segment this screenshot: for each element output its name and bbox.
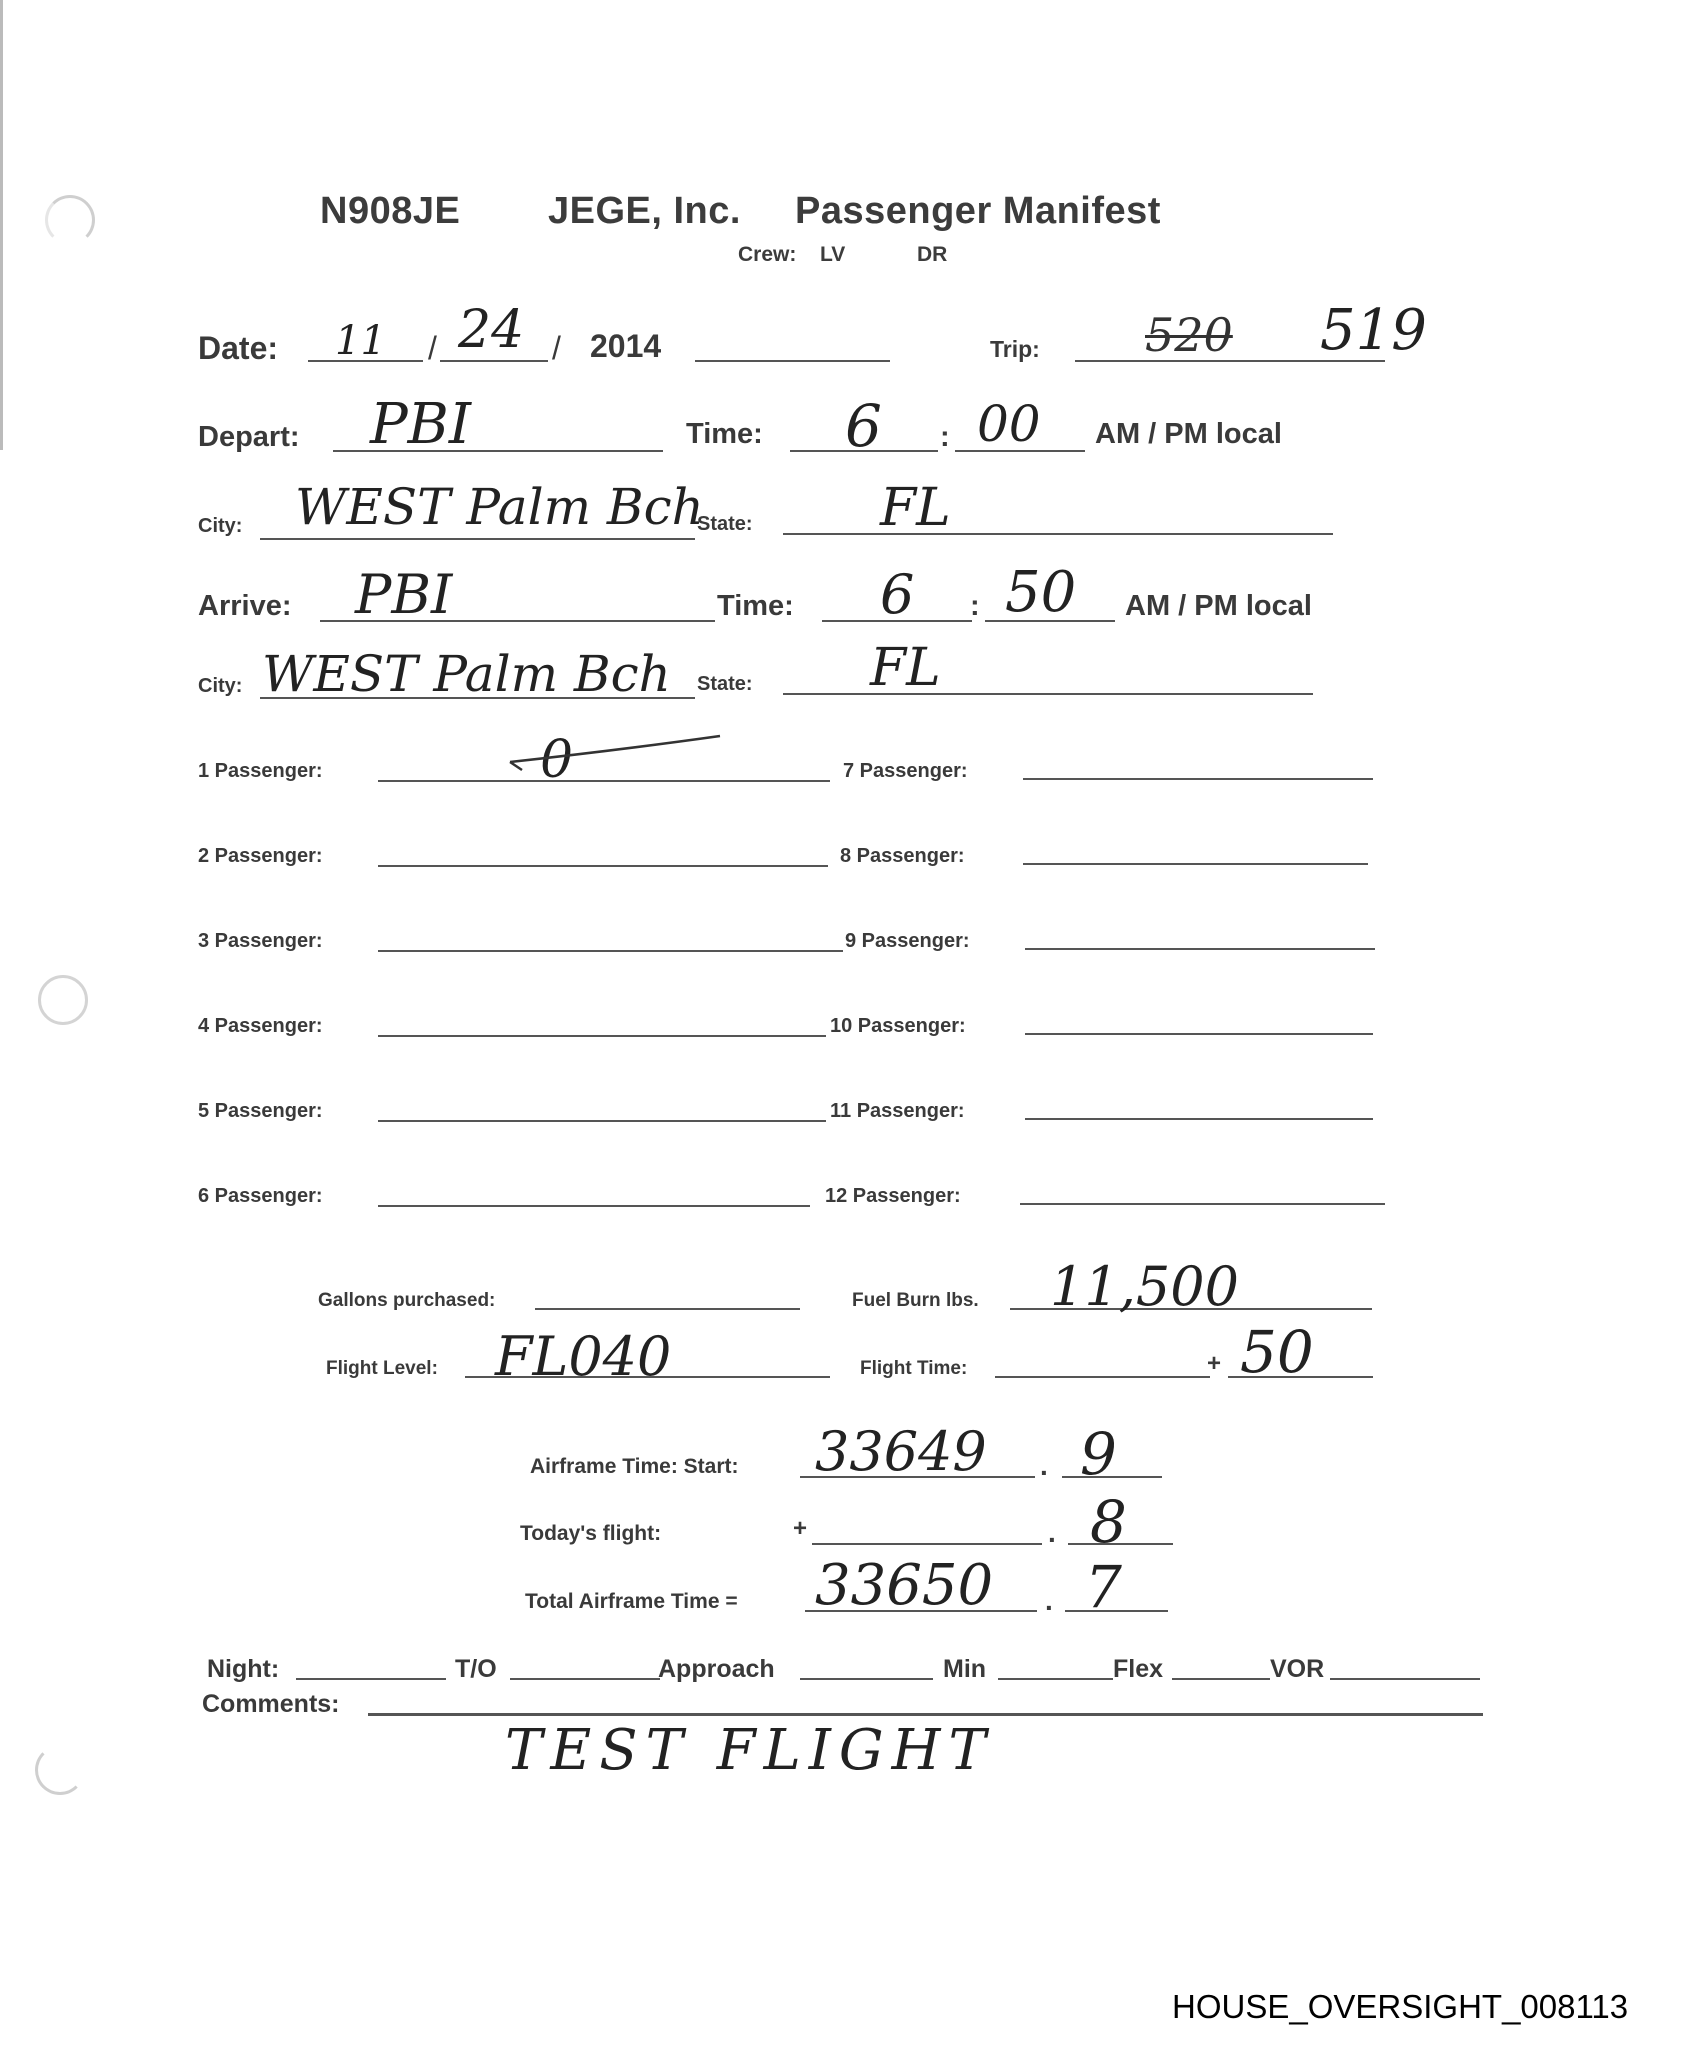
passenger-line <box>378 950 843 952</box>
todays-flight-tenths-field[interactable]: 8 <box>1090 1488 1127 1556</box>
depart-airport-field[interactable]: PBI <box>370 392 471 457</box>
todays-flight-whole-line <box>812 1543 1042 1545</box>
passenger-line <box>1025 948 1375 950</box>
takeoff-line[interactable] <box>510 1678 660 1680</box>
arrive-airport-field[interactable]: PBI <box>355 563 452 626</box>
airframe-start-label: Airframe Time: Start: <box>530 1455 739 1479</box>
arrive-time-colon: : <box>970 590 980 623</box>
passenger-line <box>378 1035 826 1037</box>
date-month-field[interactable]: 11 <box>335 318 386 364</box>
depart-hour-field[interactable]: 6 <box>845 392 882 460</box>
depart-label: Depart: <box>198 421 300 454</box>
total-airframe-label: Total Airframe Time = <box>525 1590 738 1614</box>
passenger-line <box>378 865 828 867</box>
fuel-burn-field[interactable]: 11,500 <box>1050 1255 1239 1318</box>
tail-number: N908JE <box>320 190 460 233</box>
flex-line[interactable] <box>1172 1678 1270 1680</box>
flight-time-plus: + <box>1207 1350 1221 1378</box>
depart-state-label: State: <box>697 513 753 536</box>
arrive-label: Arrive: <box>198 590 292 623</box>
passenger-label: 9 Passenger: <box>845 930 970 953</box>
comments-line <box>368 1713 1483 1716</box>
todays-flight-label: Today's flight: <box>520 1522 661 1546</box>
passenger-label: 1 Passenger: <box>198 760 323 783</box>
date-year: 2014 <box>590 328 661 365</box>
slash-mark-icon <box>500 730 730 780</box>
total-airframe-dot: . <box>1045 1585 1053 1617</box>
passenger-label: 5 Passenger: <box>198 1100 323 1123</box>
bates-number: HOUSE_OVERSIGHT_008113 <box>1172 1988 1628 2026</box>
arrive-state-field[interactable]: FL <box>870 638 941 698</box>
passenger-label: 7 Passenger: <box>843 760 968 783</box>
page-left-edge <box>0 0 3 450</box>
flight-level-field[interactable]: FL040 <box>495 1325 671 1388</box>
passenger-line <box>1020 1203 1385 1205</box>
gallons-purchased-label: Gallons purchased: <box>318 1290 495 1312</box>
hole-punch-middle-icon <box>38 975 88 1025</box>
depart-ampm-label: AM / PM local <box>1095 418 1282 451</box>
arrive-city-field[interactable]: WEST Palm Bch <box>262 645 671 703</box>
passenger-line <box>378 780 830 782</box>
todays-flight-dot: . <box>1048 1517 1056 1549</box>
arrive-ampm-label: AM / PM local <box>1125 590 1312 623</box>
hole-punch-bottom-icon <box>35 1745 85 1795</box>
flex-label: Flex <box>1113 1655 1163 1684</box>
arrive-city-label: City: <box>198 675 242 698</box>
passenger-line <box>378 1205 810 1207</box>
passenger-line <box>1023 863 1368 865</box>
arrive-state-line <box>783 693 1313 695</box>
trip-struck-value: 520 <box>1145 308 1233 362</box>
date-day-field[interactable]: 24 <box>458 300 524 360</box>
night-label: Night: <box>207 1655 279 1684</box>
passenger-label: 6 Passenger: <box>198 1185 323 1208</box>
hole-punch-top-icon <box>45 195 95 245</box>
min-line[interactable] <box>998 1678 1113 1680</box>
passenger-label: 3 Passenger: <box>198 930 323 953</box>
passenger-line <box>1025 1118 1373 1120</box>
arrive-time-label: Time: <box>717 590 794 623</box>
vor-label: VOR <box>1270 1655 1324 1684</box>
flight-level-label: Flight Level: <box>326 1358 438 1380</box>
comments-label: Comments: <box>202 1690 340 1719</box>
date-label: Date: <box>198 330 278 367</box>
takeoff-label: T/O <box>455 1655 497 1684</box>
flight-time-hours-line <box>995 1376 1210 1378</box>
todays-flight-plus: + <box>793 1515 807 1543</box>
gallons-purchased-line <box>535 1308 800 1310</box>
date-separator-1: / <box>428 330 437 367</box>
flight-time-minutes-field[interactable]: 50 <box>1240 1318 1314 1386</box>
depart-city-field[interactable]: WEST Palm Bch <box>295 478 704 536</box>
arrive-hour-field[interactable]: 6 <box>880 563 914 626</box>
form-title: Passenger Manifest <box>795 190 1161 233</box>
depart-minute-field[interactable]: 00 <box>977 395 1041 453</box>
date-day-line <box>440 360 548 362</box>
company-name: JEGE, Inc. <box>548 190 741 233</box>
flight-time-label: Flight Time: <box>860 1358 967 1380</box>
arrive-minute-field[interactable]: 50 <box>1005 560 1076 625</box>
night-line[interactable] <box>296 1678 446 1680</box>
depart-state-field[interactable]: FL <box>880 478 951 538</box>
airframe-start-tenths-field[interactable]: 9 <box>1080 1420 1117 1488</box>
passenger-line <box>1025 1033 1373 1035</box>
approach-label: Approach <box>658 1655 775 1684</box>
airframe-start-dot: . <box>1040 1450 1048 1482</box>
crew-label: Crew: <box>738 243 796 267</box>
depart-city-line <box>260 538 695 540</box>
passenger-label: 10 Passenger: <box>830 1015 966 1038</box>
crew-member-2: DR <box>917 243 947 267</box>
approach-line[interactable] <box>800 1678 933 1680</box>
depart-city-label: City: <box>198 515 242 538</box>
airframe-start-whole-field[interactable]: 33649 <box>815 1420 987 1483</box>
date-separator-2: / <box>552 330 561 367</box>
manifest-page: N908JE JEGE, Inc. Passenger Manifest Cre… <box>0 0 1700 2048</box>
crew-member-1: LV <box>820 243 845 267</box>
total-airframe-whole-field[interactable]: 33650 <box>815 1553 993 1618</box>
passenger-label: 4 Passenger: <box>198 1015 323 1038</box>
passenger-label: 12 Passenger: <box>825 1185 961 1208</box>
depart-state-line <box>783 533 1333 535</box>
fuel-burn-label: Fuel Burn lbs. <box>852 1290 979 1312</box>
comments-field[interactable]: TEST FLIGHT <box>505 1718 994 1783</box>
passenger-line <box>378 1120 826 1122</box>
passenger-label: 11 Passenger: <box>830 1100 965 1123</box>
min-label: Min <box>943 1655 986 1684</box>
passenger-label: 2 Passenger: <box>198 845 323 868</box>
total-airframe-tenths-field[interactable]: 7 <box>1085 1553 1122 1621</box>
passenger-label: 8 Passenger: <box>840 845 965 868</box>
depart-time-colon: : <box>940 421 950 454</box>
depart-time-label: Time: <box>686 418 763 451</box>
arrive-state-label: State: <box>697 673 753 696</box>
trip-field[interactable]: 519 <box>1320 298 1427 363</box>
trip-label: Trip: <box>990 336 1040 363</box>
vor-line[interactable] <box>1330 1678 1480 1680</box>
date-blank-line <box>695 360 890 362</box>
passenger-line <box>1023 778 1373 780</box>
